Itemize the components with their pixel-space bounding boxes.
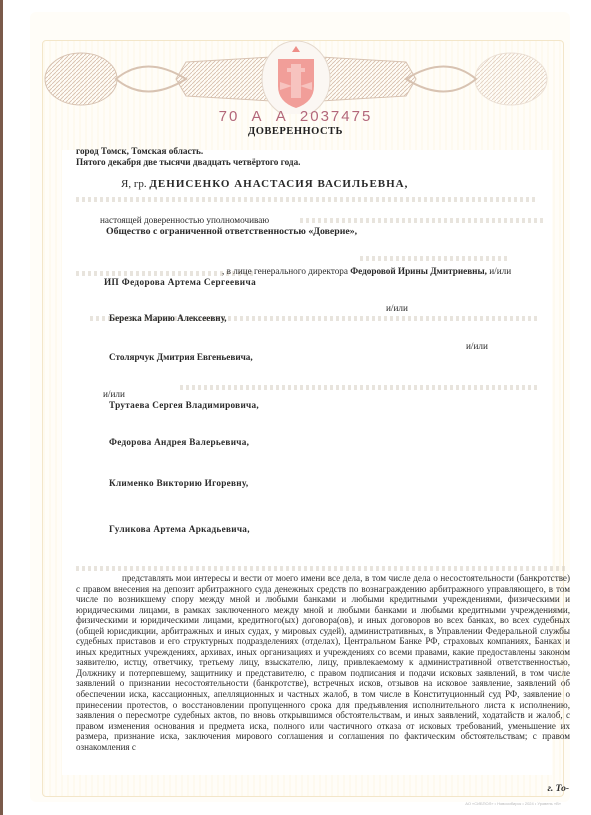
serial-region: 70 — [219, 108, 240, 125]
redacted-line — [360, 256, 510, 261]
serial-number: 2037475 — [300, 108, 372, 125]
serial-series-2: А — [276, 108, 288, 125]
serial-series-1: А — [252, 108, 264, 125]
representative-6: Клименко Викторию Игоревну, — [109, 478, 248, 489]
organization-name: Общество с ограниченной ответственностью… — [106, 226, 357, 237]
place-line: город Томск, Томская область. — [76, 146, 203, 157]
representative-3: Столярчук Дмитрия Евгеньевича, — [109, 352, 253, 363]
powers-paragraph: представлять мои интересы и вести от мое… — [76, 573, 570, 752]
powers-text: представлять мои интересы и вести от мое… — [76, 573, 570, 752]
page-continuation: г. То- — [547, 784, 569, 794]
director-prefix: , в лице генерального директора — [222, 266, 348, 276]
and-or-label: и/или — [103, 389, 125, 400]
director-line: , в лице генерального директора Федорово… — [222, 266, 511, 277]
redacted-line — [76, 197, 536, 202]
representative-4: Трутаева Сергея Владимировича, — [109, 400, 259, 411]
and-or-label: и/или — [489, 266, 511, 276]
redacted-line — [180, 385, 540, 390]
authorize-text: настоящей доверенностью уполномочиваю — [100, 215, 269, 226]
director-name: Федоровой Ирины Дмитриевны, — [350, 266, 487, 276]
redacted-line — [76, 566, 566, 571]
and-or-label: и/или — [466, 341, 488, 352]
and-or-label: и/или — [386, 303, 408, 314]
grantor-name: ДЕНИСЕНКО АНАСТАСИЯ ВАСИЛЬЕВНА, — [149, 178, 408, 190]
redacted-line — [300, 218, 545, 223]
document-title: ДОВЕРЕННОСТЬ — [0, 126, 591, 137]
printer-imprint: АО «СИБПОЛ» • Новосибирск • 2024 • Урове… — [465, 801, 561, 806]
representative-2: Березка Марию Алексеевну, — [109, 313, 227, 324]
form-serial-number: 70 А А 2037475 — [0, 108, 591, 125]
representative-7: Гуликова Артема Аркадьевича, — [109, 524, 250, 535]
grantor-line: Я, гр. ДЕНИСЕНКО АНАСТАСИЯ ВАСИЛЬЕВНА, — [121, 179, 408, 190]
representative-1: ИП Федорова Артема Сергеевича — [104, 277, 256, 288]
date-line: Пятого декабря две тысячи двадцать четвё… — [76, 157, 300, 168]
representative-5: Федорова Андрея Валерьевича, — [109, 437, 249, 448]
grantor-prefix: Я, гр. — [121, 178, 147, 190]
ornament-banner-icon — [36, 24, 556, 114]
